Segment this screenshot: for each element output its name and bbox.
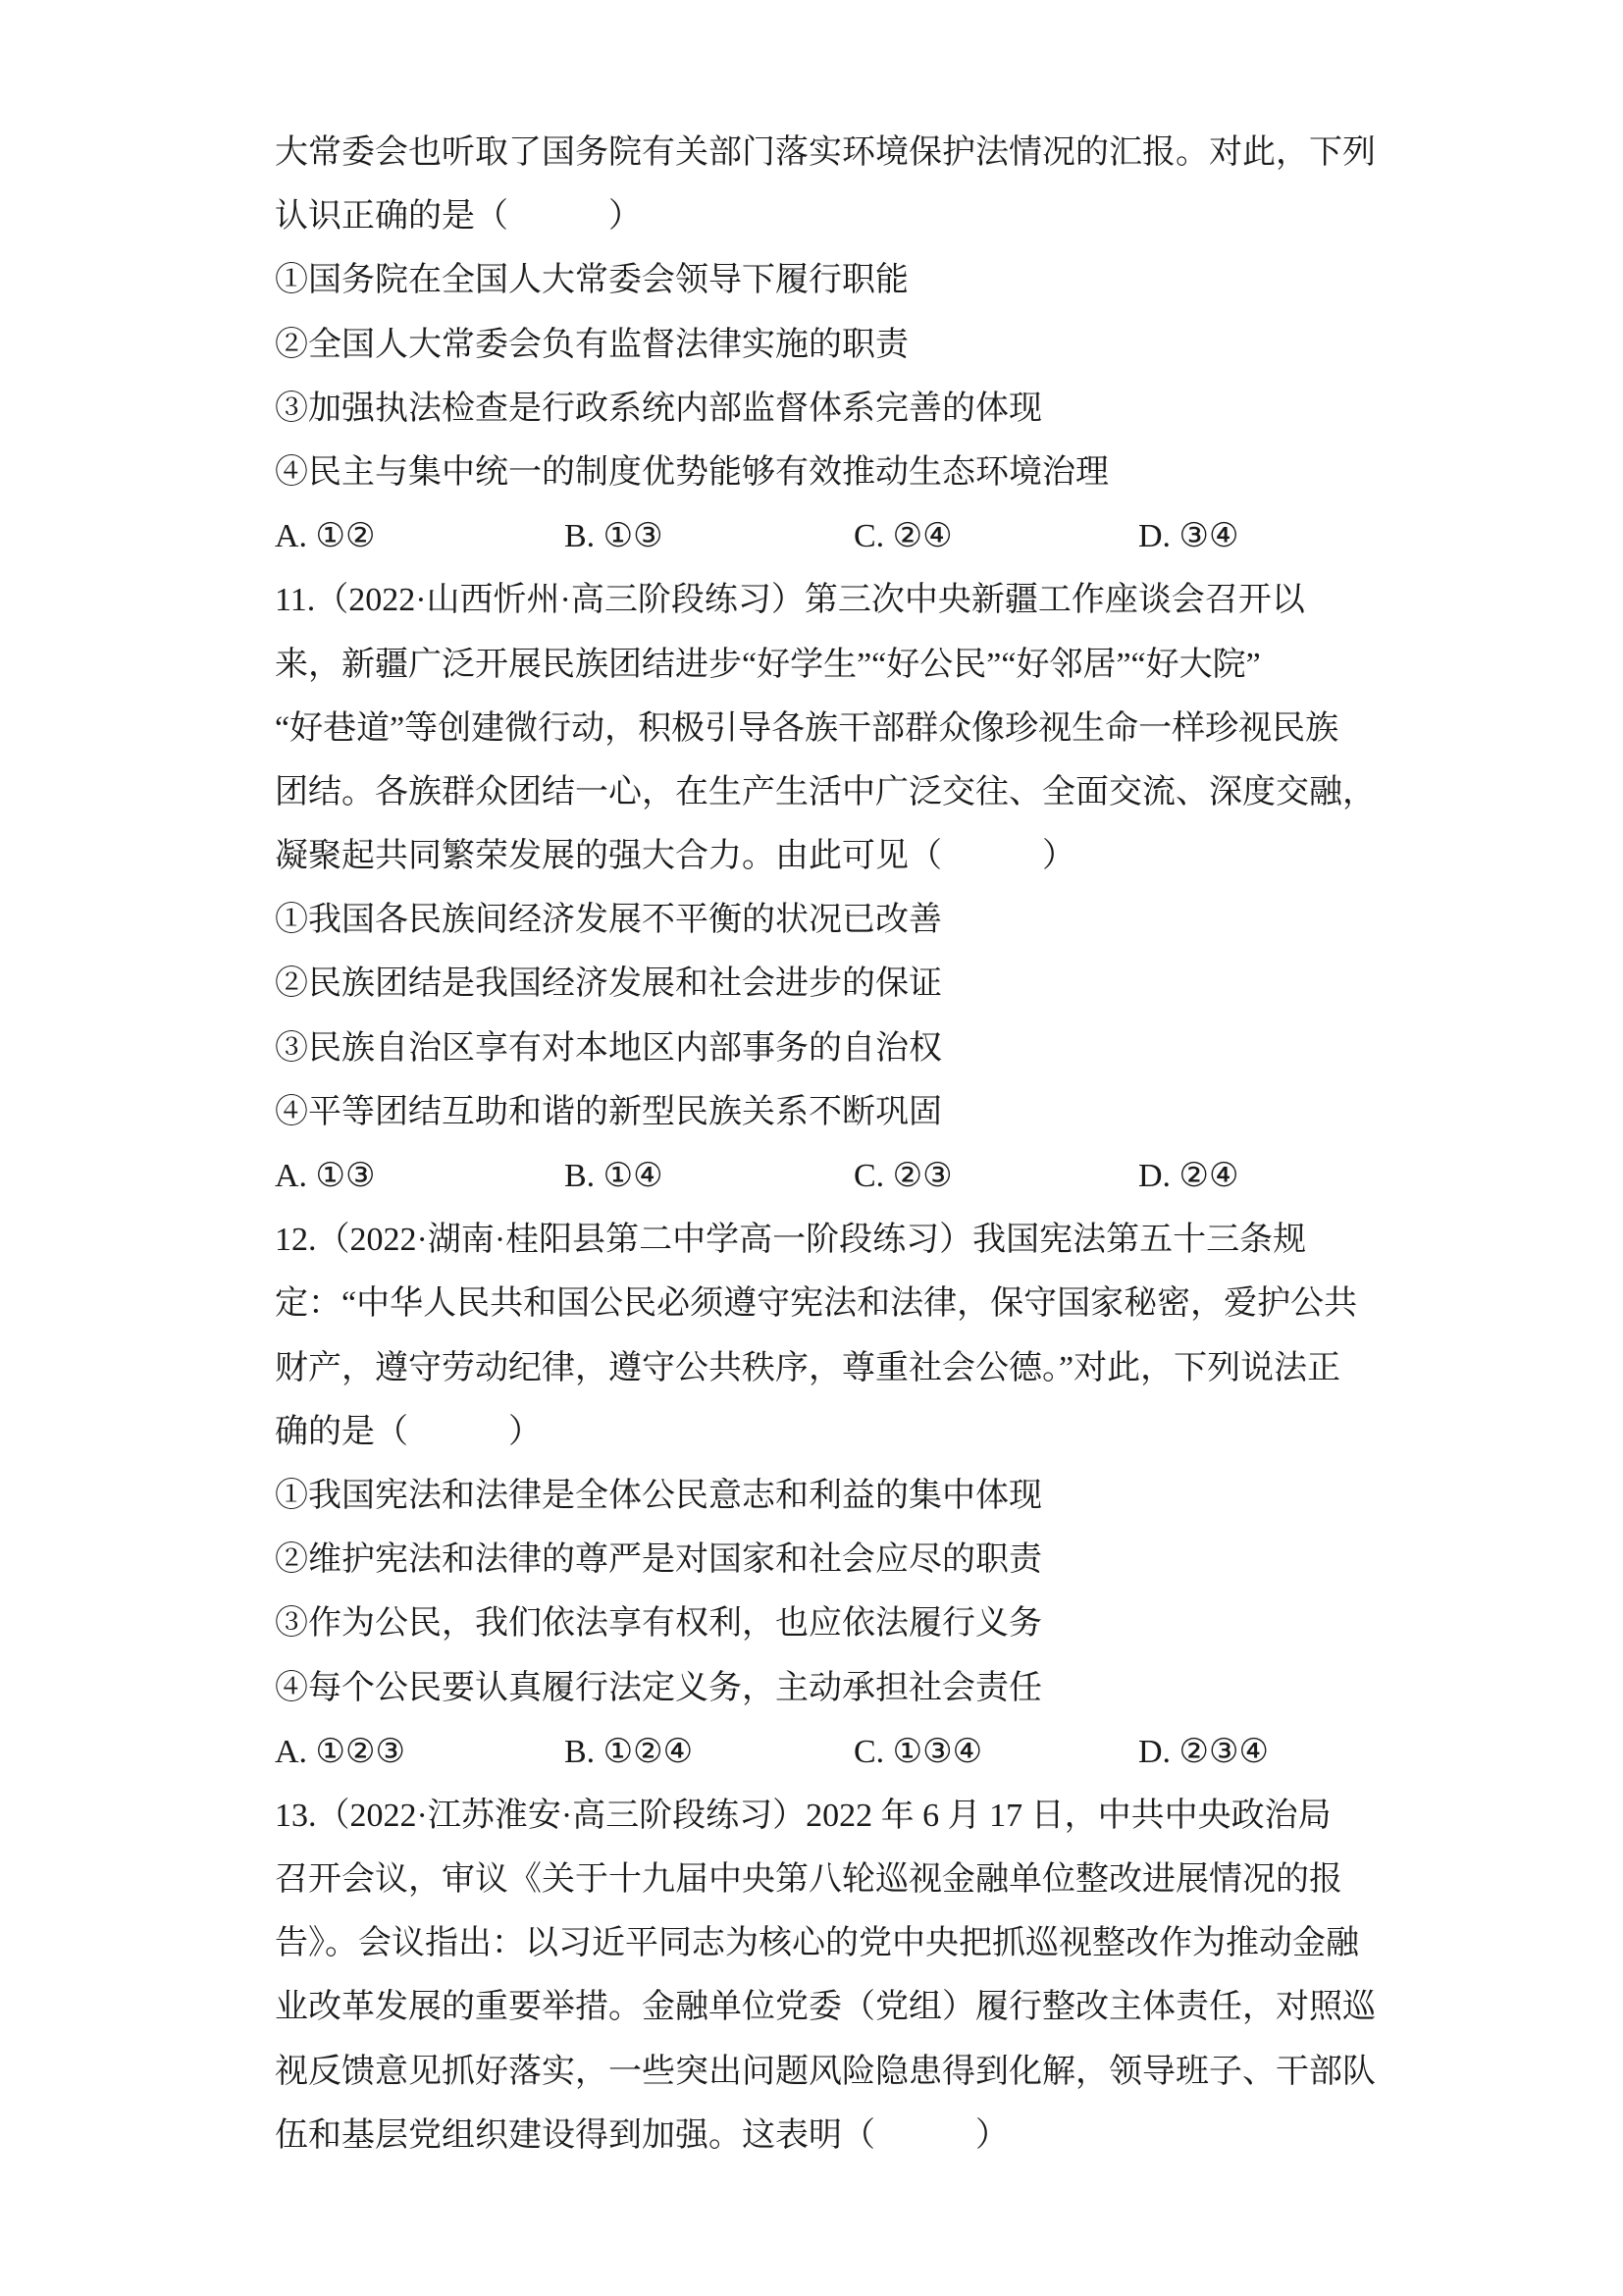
- option-a: A. ①②: [275, 504, 376, 568]
- question13-text-line: 伍和基层党组织建设得到加强。这表明（ ）: [275, 2104, 1433, 2167]
- question10-item-4: ④民主与集中统一的制度优势能够有效推动生态环境治理: [275, 441, 1433, 504]
- question11-text-line: “好巷道”等创建微行动，积极引导各族干部群众像珍视生命一样珍视民族: [275, 697, 1433, 760]
- question12-text-line: 定：“中华人民共和国公民必须遵守宪法和法律，保守国家秘密，爱护公共: [275, 1272, 1433, 1335]
- question11-text-line: 11.（2022·山西忻州·高三阶段练习）第三次中央新疆工作座谈会召开以: [275, 568, 1433, 632]
- question10-item-3: ③加强执法检查是行政系统内部监督体系完善的体现: [275, 377, 1433, 441]
- question10-text-line: 认识正确的是（ ）: [275, 184, 1433, 248]
- question11-options-row: A. ①③ B. ①④ C. ②③ D. ②④: [275, 1144, 1433, 1208]
- option-c: C. ②④: [854, 504, 953, 568]
- question12-item-2: ②维护宪法和法律的尊严是对国家和社会应尽的职责: [275, 1528, 1433, 1592]
- question11-item-1: ①我国各民族间经济发展不平衡的状况已改善: [275, 888, 1433, 952]
- document-page: 大常委会也听取了国务院有关部门落实环境保护法情况的汇报。对此，下列 认识正确的是…: [0, 0, 1623, 2296]
- option-b: B. ①③: [564, 504, 663, 568]
- option-b: B. ①②④: [564, 1720, 693, 1784]
- option-c: C. ②③: [854, 1144, 953, 1208]
- question11-text-line: 来，新疆广泛开展民族团结进步“好学生”“好公民”“好邻居”“好大院”: [275, 633, 1433, 697]
- question10-item-2: ②全国人大常委会负有监督法律实施的职责: [275, 313, 1433, 377]
- option-d: D. ③④: [1138, 504, 1239, 568]
- question11-text-line: 团结。各族群众团结一心，在生产生活中广泛交往、全面交流、深度交融，: [275, 760, 1433, 824]
- question12-item-4: ④每个公民要认真履行法定义务，主动承担社会责任: [275, 1656, 1433, 1720]
- question12-item-3: ③作为公民，我们依法享有权利，也应依法履行义务: [275, 1592, 1433, 1655]
- option-d: D. ②④: [1138, 1144, 1239, 1208]
- question11-item-3: ③民族自治区享有对本地区内部事务的自治权: [275, 1017, 1433, 1080]
- question13-text-line: 视反馈意见抓好落实，一些突出问题风险隐患得到化解，领导班子、干部队: [275, 2040, 1433, 2104]
- question10-options-row: A. ①② B. ①③ C. ②④ D. ③④: [275, 504, 1433, 568]
- option-c: C. ①③④: [854, 1720, 982, 1784]
- question12-item-1: ①我国宪法和法律是全体公民意志和利益的集中体现: [275, 1464, 1433, 1528]
- question11-text-line: 凝聚起共同繁荣发展的强大合力。由此可见（ ）: [275, 824, 1433, 888]
- question13-text-line: 告》。会议指出：以习近平同志为核心的党中央把抓巡视整改作为推动金融: [275, 1911, 1433, 1975]
- option-a: A. ①③: [275, 1144, 376, 1208]
- question13-text-line: 13.（2022·江苏淮安·高三阶段练习）2022 年 6 月 17 日，中共中…: [275, 1784, 1433, 1848]
- question13-text-line: 业改革发展的重要举措。金融单位党委（党组）履行整改主体责任，对照巡: [275, 1975, 1433, 2039]
- question12-text-line: 确的是（ ）: [275, 1400, 1433, 1464]
- question11-item-4: ④平等团结互助和谐的新型民族关系不断巩固: [275, 1080, 1433, 1144]
- exam-text-block: 大常委会也听取了国务院有关部门落实环境保护法情况的汇报。对此，下列 认识正确的是…: [275, 121, 1433, 2167]
- question11-item-2: ②民族团结是我国经济发展和社会进步的保证: [275, 952, 1433, 1016]
- question13-text-line: 召开会议，审议《关于十九届中央第八轮巡视金融单位整改进展情况的报: [275, 1848, 1433, 1911]
- question10-text-line: 大常委会也听取了国务院有关部门落实环境保护法情况的汇报。对此，下列: [275, 121, 1433, 184]
- question12-text-line: 财产，遵守劳动纪律，遵守公共秩序，尊重社会公德。”对此，下列说法正: [275, 1336, 1433, 1400]
- question12-text-line: 12.（2022·湖南·桂阳县第二中学高一阶段练习）我国宪法第五十三条规: [275, 1208, 1433, 1272]
- question10-item-1: ①国务院在全国人大常委会领导下履行职能: [275, 248, 1433, 312]
- option-d: D. ②③④: [1138, 1720, 1269, 1784]
- option-a: A. ①②③: [275, 1720, 405, 1784]
- option-b: B. ①④: [564, 1144, 663, 1208]
- question12-options-row: A. ①②③ B. ①②④ C. ①③④ D. ②③④: [275, 1720, 1433, 1784]
